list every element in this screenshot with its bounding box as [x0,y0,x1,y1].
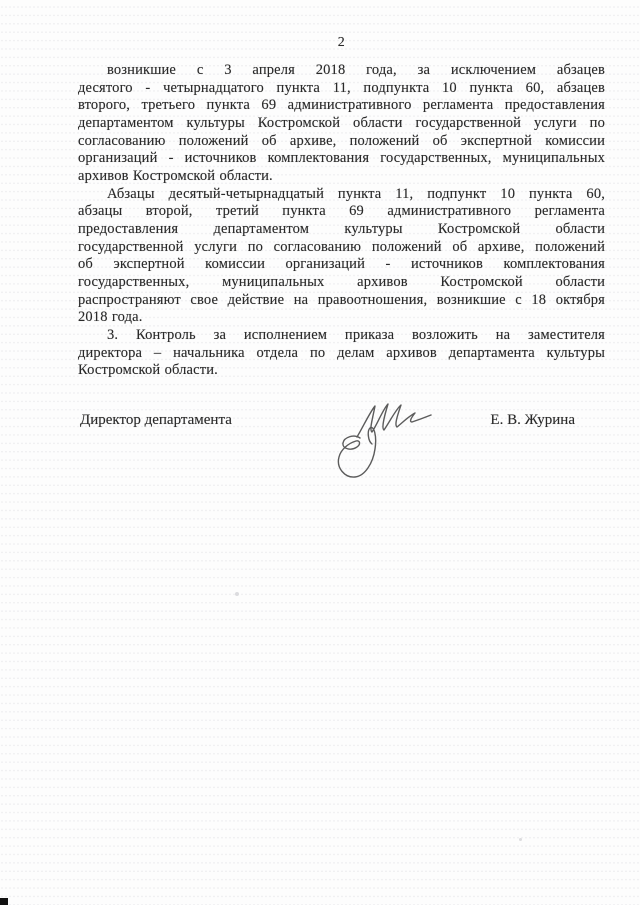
text-line: согласованию положений об архиве, положе… [78,133,605,151]
signature-row: Директор департамента Е. В. Журина [0,412,640,442]
document-body: возникшие с 3 апреля 2018 года, за исклю… [78,62,605,380]
text-line: Костромской области. [78,362,605,380]
text-line: государственных, муниципальных архивов К… [78,274,605,292]
text-line: директора – начальника отдела по делам а… [78,345,605,363]
scan-speck [235,592,239,596]
text-line: распространяют свое действие на правоотн… [78,292,605,310]
text-line: 3. Контроль за исполнением приказа возло… [78,327,605,345]
text-line: об экспертной комиссии организаций - ист… [78,256,605,274]
text-line: архивов Костромской области. [78,168,605,186]
page-number: 2 [78,35,605,51]
text-line: государственной услуги по согласованию п… [78,239,605,257]
paragraph-2: Абзацы десятый-четырнадцатый пункта 11, … [78,186,605,327]
text-line: второго, третьего пункта 69 администрати… [78,97,605,115]
text-line: абзацы второй, третий пункта 69 админист… [78,203,605,221]
text-line: 2018 года. [78,309,605,327]
text-line: предоставления департаментом культуры Ко… [78,221,605,239]
text-line: департаментом культуры Костромской облас… [78,115,605,133]
text-line: организаций - источников комплектования … [78,150,605,168]
signer-name: Е. В. Журина [490,412,575,429]
paragraph-1: возникшие с 3 апреля 2018 года, за исклю… [78,62,605,186]
text-line: десятого - четырнадцатого пункта 11, под… [78,80,605,98]
text-line: возникшие с 3 апреля 2018 года, за исклю… [78,62,605,80]
scanned-document-page: 2 возникшие с 3 апреля 2018 года, за иск… [0,0,640,905]
signer-position-label: Директор департамента [80,412,232,429]
handwritten-signature-icon [330,397,435,482]
scan-corner-artifact [0,898,8,905]
paragraph-3: 3. Контроль за исполнением приказа возло… [78,327,605,380]
text-line: Абзацы десятый-четырнадцатый пункта 11, … [78,186,605,204]
scan-speck [519,838,522,841]
